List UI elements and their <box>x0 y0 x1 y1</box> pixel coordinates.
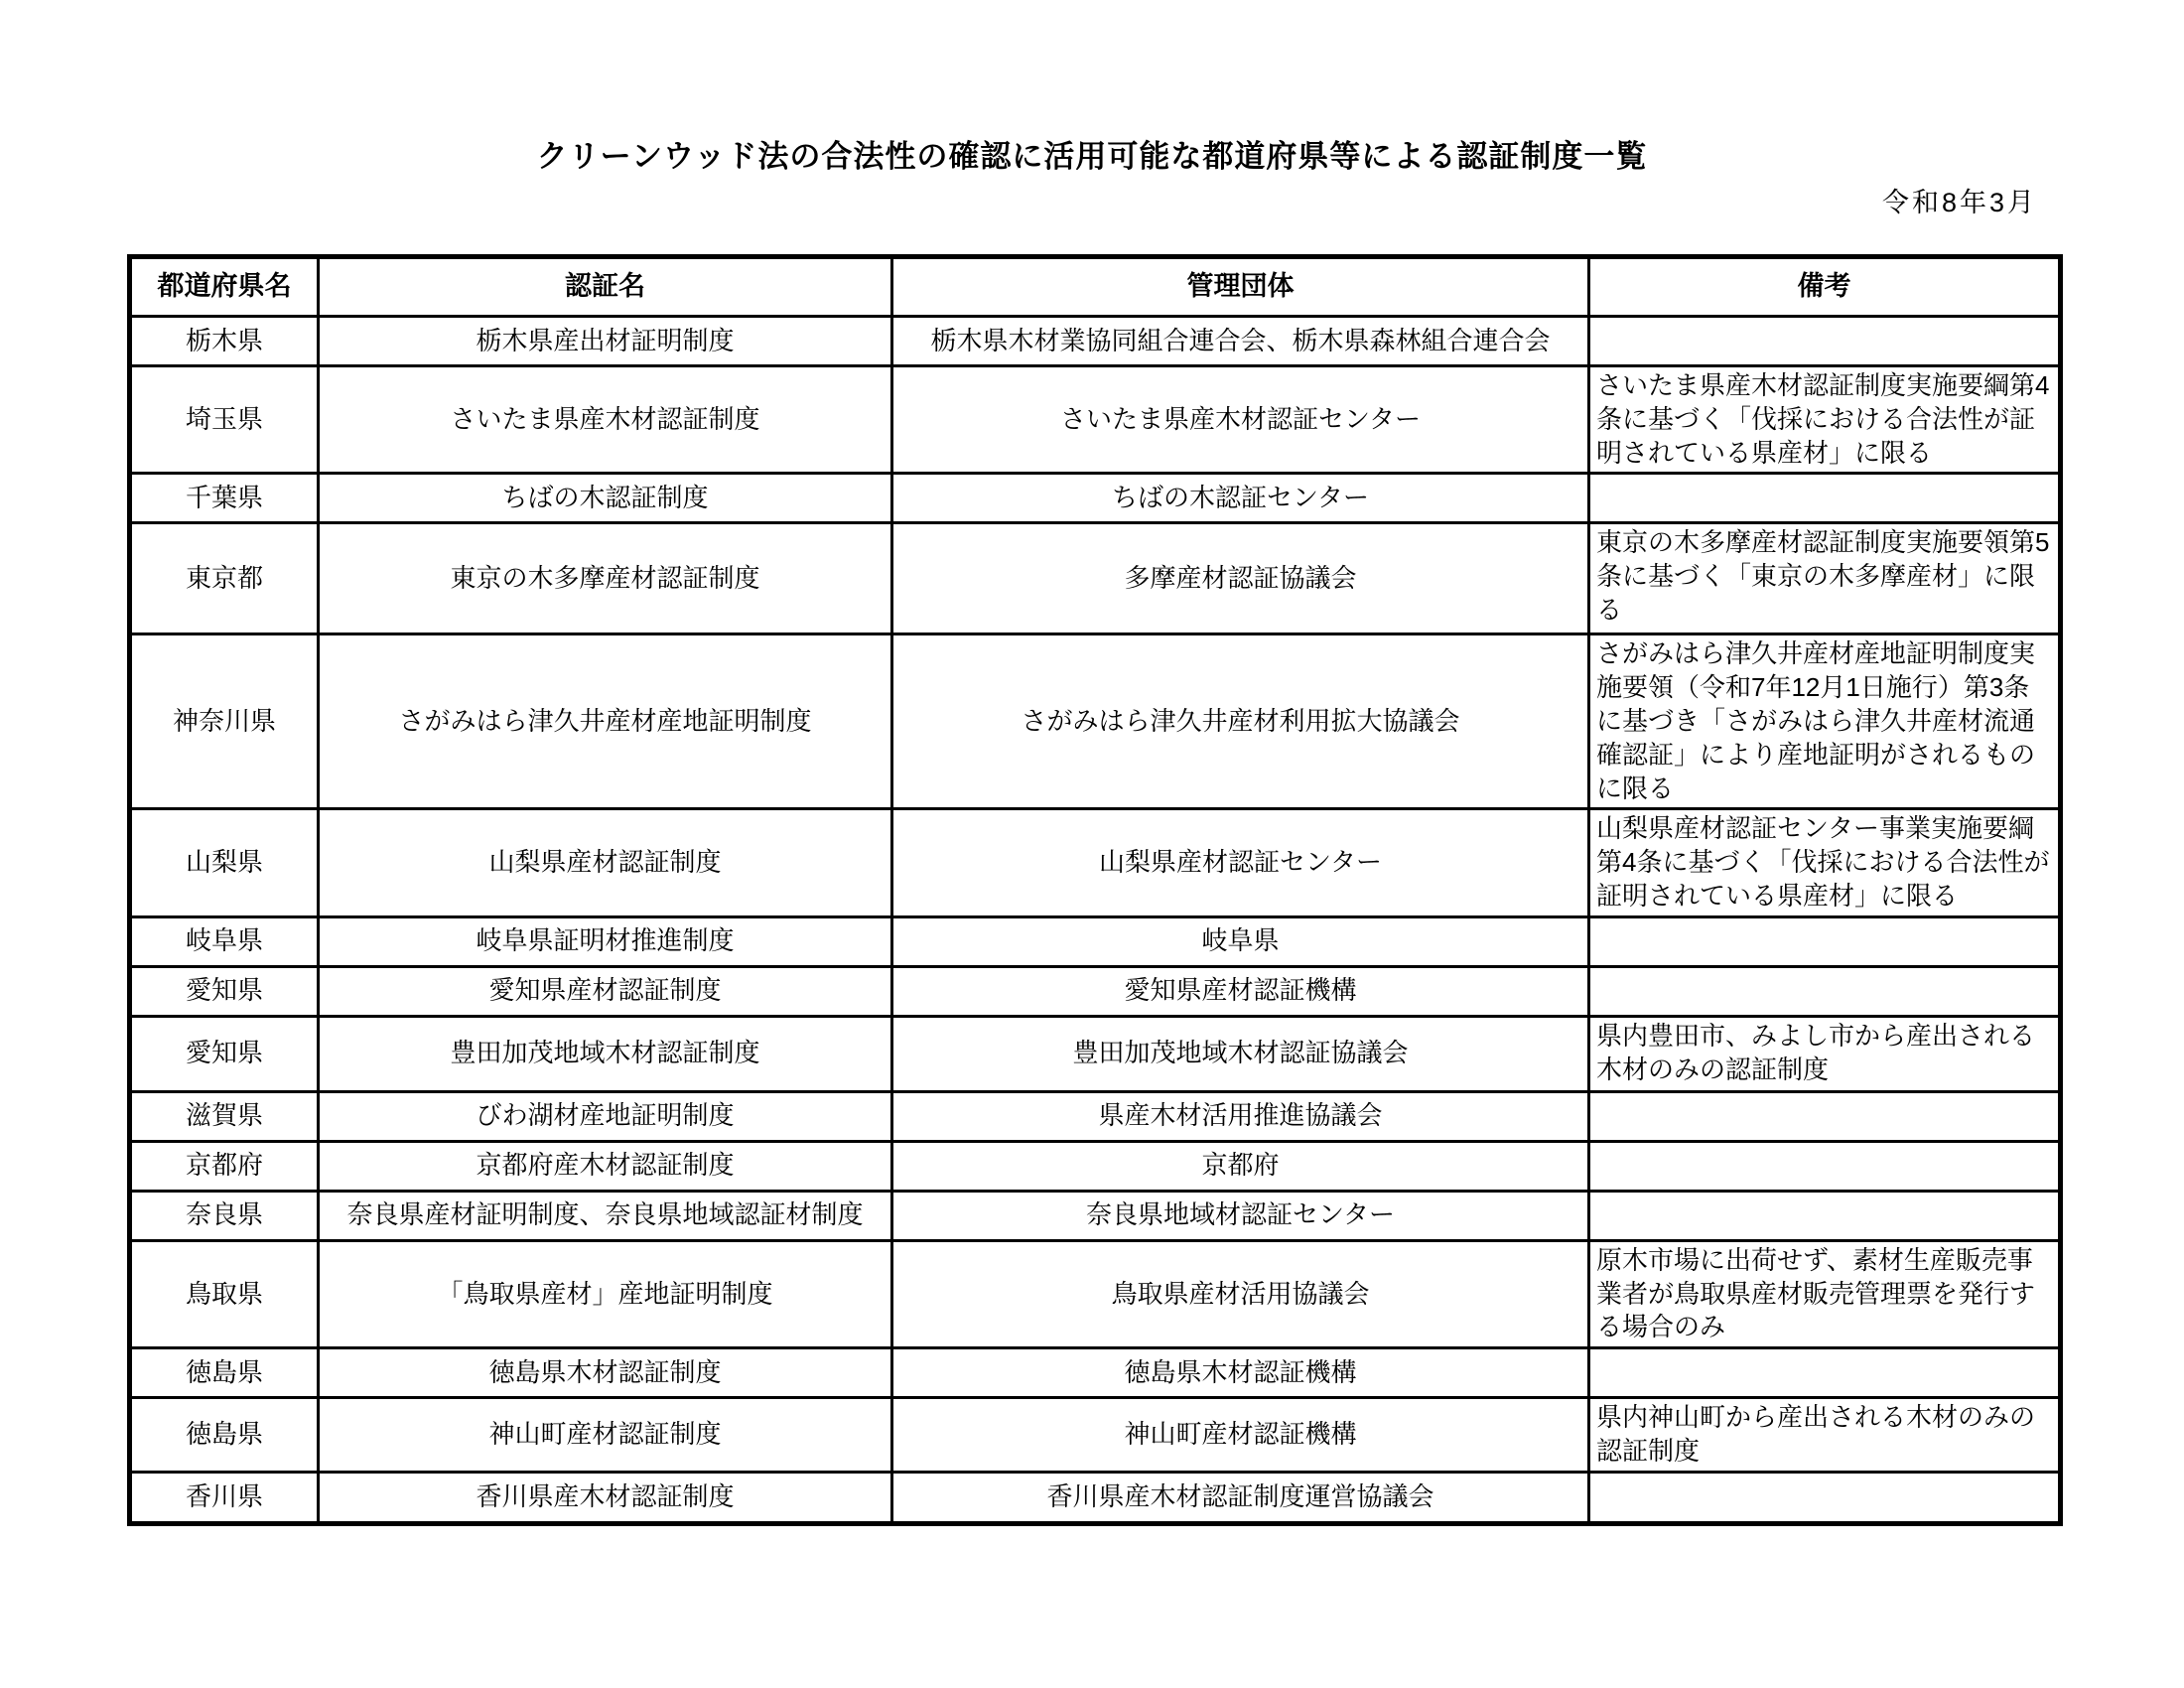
organization-cell: 徳島県木材認証機構 <box>892 1348 1589 1398</box>
certification-cell: 岐阜県証明材推進制度 <box>319 916 892 966</box>
remarks-cell: 山梨県産材認証センター事業実施要綱第4条に基づく「伐採における合法性が証明されて… <box>1589 809 2061 916</box>
table-row: 徳島県 徳島県木材認証制度 徳島県木材認証機構 <box>130 1348 2061 1398</box>
prefecture-cell: 東京都 <box>130 523 319 634</box>
prefecture-cell: 奈良県 <box>130 1191 319 1240</box>
col-header-prefecture: 都道府県名 <box>130 257 319 317</box>
organization-cell: さいたま県産木材認証センター <box>892 366 1589 474</box>
col-header-remarks: 備考 <box>1589 257 2061 317</box>
prefecture-cell: 千葉県 <box>130 474 319 523</box>
prefecture-cell: 神奈川県 <box>130 634 319 809</box>
table-row: 栃木県 栃木県産出材証明制度 栃木県木材業協同組合連合会、栃木県森林組合連合会 <box>130 317 2061 366</box>
certification-cell: 神山町産材認証制度 <box>319 1398 892 1473</box>
table-row: 愛知県 愛知県産材認証制度 愛知県産材認証機構 <box>130 966 2061 1016</box>
certification-cell: 香川県産木材認証制度 <box>319 1472 892 1523</box>
table-row: 愛知県 豊田加茂地域木材認証制度 豊田加茂地域木材認証協議会 県内豊田市、みよし… <box>130 1016 2061 1091</box>
table-header-row: 都道府県名 認証名 管理団体 備考 <box>130 257 2061 317</box>
organization-cell: 神山町産材認証機構 <box>892 1398 1589 1473</box>
organization-cell: 豊田加茂地域木材認証協議会 <box>892 1016 1589 1091</box>
prefecture-cell: 京都府 <box>130 1141 319 1191</box>
table-row: 京都府 京都府産木材認証制度 京都府 <box>130 1141 2061 1191</box>
certification-cell: 京都府産木材認証制度 <box>319 1141 892 1191</box>
table-row: 山梨県 山梨県産材認証制度 山梨県産材認証センター 山梨県産材認証センター事業実… <box>130 809 2061 916</box>
table-row: 千葉県 ちばの木認証制度 ちばの木認証センター <box>130 474 2061 523</box>
prefecture-cell: 山梨県 <box>130 809 319 916</box>
certification-cell: 山梨県産材認証制度 <box>319 809 892 916</box>
table-row: 鳥取県 「鳥取県産材」産地証明制度 鳥取県産材活用協議会 原木市場に出荷せず、素… <box>130 1240 2061 1347</box>
remarks-cell <box>1589 317 2061 366</box>
certification-cell: 東京の木多摩産材認証制度 <box>319 523 892 634</box>
remarks-cell <box>1589 966 2061 1016</box>
remarks-cell <box>1589 1348 2061 1398</box>
certification-cell: 奈良県産材証明制度、奈良県地域認証材制度 <box>319 1191 892 1240</box>
prefecture-cell: 香川県 <box>130 1472 319 1523</box>
prefecture-cell: 徳島県 <box>130 1348 319 1398</box>
remarks-cell: 原木市場に出荷せず、素材生産販売事業者が鳥取県産材販売管理票を発行する場合のみ <box>1589 1240 2061 1347</box>
organization-cell: 山梨県産材認証センター <box>892 809 1589 916</box>
remarks-cell <box>1589 1141 2061 1191</box>
organization-cell: 愛知県産材認証機構 <box>892 966 1589 1016</box>
organization-cell: 栃木県木材業協同組合連合会、栃木県森林組合連合会 <box>892 317 1589 366</box>
prefecture-cell: 栃木県 <box>130 317 319 366</box>
certification-cell: 栃木県産出材証明制度 <box>319 317 892 366</box>
prefecture-cell: 愛知県 <box>130 966 319 1016</box>
certification-cell: 徳島県木材認証制度 <box>319 1348 892 1398</box>
organization-cell: 鳥取県産材活用協議会 <box>892 1240 1589 1347</box>
certification-cell: びわ湖材産地証明制度 <box>319 1091 892 1141</box>
certification-table: 都道府県名 認証名 管理団体 備考 栃木県 栃木県産出材証明制度 栃木県木材業協… <box>127 254 2063 1526</box>
prefecture-cell: 鳥取県 <box>130 1240 319 1347</box>
prefecture-cell: 愛知県 <box>130 1016 319 1091</box>
table-row: 滋賀県 びわ湖材産地証明制度 県産木材活用推進協議会 <box>130 1091 2061 1141</box>
prefecture-cell: 埼玉県 <box>130 366 319 474</box>
table-row: 神奈川県 さがみはら津久井産材産地証明制度 さがみはら津久井産材利用拡大協議会 … <box>130 634 2061 809</box>
organization-cell: ちばの木認証センター <box>892 474 1589 523</box>
organization-cell: 県産木材活用推進協議会 <box>892 1091 1589 1141</box>
remarks-cell <box>1589 916 2061 966</box>
remarks-cell: 県内神山町から産出される木材のみの認証制度 <box>1589 1398 2061 1473</box>
organization-cell: 京都府 <box>892 1141 1589 1191</box>
table-row: 東京都 東京の木多摩産材認証制度 多摩産材認証協議会 東京の木多摩産材認証制度実… <box>130 523 2061 634</box>
certification-cell: ちばの木認証制度 <box>319 474 892 523</box>
remarks-cell: さいたま県産木材認証制度実施要綱第4条に基づく「伐採における合法性が証明されてい… <box>1589 366 2061 474</box>
remarks-cell: さがみはら津久井産材産地証明制度実施要領（令和7年12月1日施行）第3条に基づき… <box>1589 634 2061 809</box>
remarks-cell <box>1589 1091 2061 1141</box>
table-row: 埼玉県 さいたま県産木材認証制度 さいたま県産木材認証センター さいたま県産木材… <box>130 366 2061 474</box>
organization-cell: 香川県産木材認証制度運営協議会 <box>892 1472 1589 1523</box>
table-row: 奈良県 奈良県産材証明制度、奈良県地域認証材制度 奈良県地域材認証センター <box>130 1191 2061 1240</box>
prefecture-cell: 岐阜県 <box>130 916 319 966</box>
organization-cell: 多摩産材認証協議会 <box>892 523 1589 634</box>
remarks-cell <box>1589 1191 2061 1240</box>
remarks-cell <box>1589 474 2061 523</box>
document-date: 令和8年3月 <box>1882 181 2037 219</box>
certification-cell: 豊田加茂地域木材認証制度 <box>319 1016 892 1091</box>
col-header-organization: 管理団体 <box>892 257 1589 317</box>
table-row: 徳島県 神山町産材認証制度 神山町産材認証機構 県内神山町から産出される木材のみ… <box>130 1398 2061 1473</box>
prefecture-cell: 徳島県 <box>130 1398 319 1473</box>
prefecture-cell: 滋賀県 <box>130 1091 319 1141</box>
organization-cell: さがみはら津久井産材利用拡大協議会 <box>892 634 1589 809</box>
certification-cell: さがみはら津久井産材産地証明制度 <box>319 634 892 809</box>
document-page: クリーンウッド法の合法性の確認に活用可能な都道府県等による認証制度一覧 令和8年… <box>0 0 2184 1688</box>
table-row: 岐阜県 岐阜県証明材推進制度 岐阜県 <box>130 916 2061 966</box>
remarks-cell: 東京の木多摩産材認証制度実施要領第5条に基づく「東京の木多摩産材」に限る <box>1589 523 2061 634</box>
col-header-certification: 認証名 <box>319 257 892 317</box>
remarks-cell <box>1589 1472 2061 1523</box>
certification-cell: 愛知県産材認証制度 <box>319 966 892 1016</box>
organization-cell: 奈良県地域材認証センター <box>892 1191 1589 1240</box>
page-title: クリーンウッド法の合法性の確認に活用可能な都道府県等による認証制度一覧 <box>0 131 2184 176</box>
remarks-cell: 県内豊田市、みよし市から産出される木材のみの認証制度 <box>1589 1016 2061 1091</box>
certification-cell: 「鳥取県産材」産地証明制度 <box>319 1240 892 1347</box>
table-row: 香川県 香川県産木材認証制度 香川県産木材認証制度運営協議会 <box>130 1472 2061 1523</box>
organization-cell: 岐阜県 <box>892 916 1589 966</box>
certification-cell: さいたま県産木材認証制度 <box>319 366 892 474</box>
